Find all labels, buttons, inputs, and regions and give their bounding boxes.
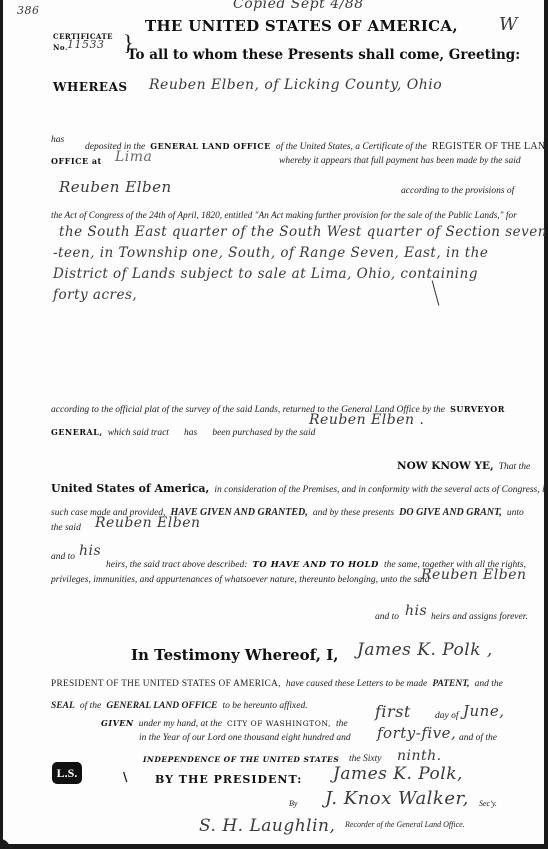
land-patent-document: 386 Copied Sept 4/88 W CERTIFICATE No. 1… [3, 0, 544, 844]
has-label: has [184, 428, 197, 438]
certificate-number: 11533 [67, 38, 105, 51]
under-hand-text: under my hand, at the [139, 719, 222, 729]
privileges-text: privileges, immunities, and appurtenance… [51, 575, 429, 585]
by-label: By [289, 799, 297, 808]
grantee-name-4: Reuben Elben [421, 567, 527, 583]
recorder-signature: S. H. Laughlin, [199, 816, 335, 836]
consideration-text: in consideration of the Premises, and in… [214, 485, 548, 495]
act-text: the Act of Congress of the 24th of April… [51, 211, 517, 221]
of-the-text: of the [80, 701, 101, 711]
office-at-label: OFFICE at [51, 156, 102, 166]
general-line: GENERAL, which said tract has been purch… [51, 420, 315, 439]
year-text: in the Year of our Lord one thousand eig… [139, 733, 351, 743]
president-line: PRESIDENT OF THE UNITED STATES OF AMERIC… [51, 671, 503, 690]
grantee-name-3: Reuben Elben [95, 515, 201, 531]
general-land-office-label: GENERAL LAND OFFICE [150, 141, 271, 151]
city-label: CITY OF WASHINGTON, [227, 719, 331, 728]
independence-label: INDEPENDENCE OF THE UNITED STATES [143, 755, 339, 764]
land-description-line-4: forty acres, [53, 287, 137, 303]
certificate-no-label: No. [53, 43, 68, 52]
unto-text: unto [507, 508, 524, 518]
page-number: 386 [17, 4, 40, 17]
grantee-name-1: Reuben Elben [59, 178, 172, 196]
his-text-1: his [79, 543, 101, 559]
grantee-name-2: Reuben Elben . [309, 412, 424, 428]
the-said-text: the said [51, 523, 81, 533]
these-presents-text: and by these presents [313, 508, 394, 518]
deposited-line: deposited in the GENERAL LAND OFFICE of … [85, 134, 548, 153]
month-value: June, [463, 702, 504, 720]
land-description-line-3: District of Lands subject to sale at Lim… [53, 266, 478, 282]
pen-mark-icon [432, 280, 440, 305]
given-line: GIVEN under my hand, at the CITY OF WASH… [101, 711, 348, 730]
backslash-mark: \ [123, 770, 127, 784]
given-label: GIVEN [101, 718, 134, 728]
whereby-text: whereby it appears that full payment has… [279, 156, 521, 166]
tract-text: which said tract [108, 428, 169, 438]
seal-line: SEAL of the GENERAL LAND OFFICE to be he… [51, 693, 308, 712]
president-name: James K. Polk , [357, 640, 493, 660]
land-description-line-1: the South East quarter of the South West… [59, 224, 548, 240]
register-text: REGISTER OF THE LAND [432, 141, 548, 152]
day-value: first [375, 702, 411, 721]
heirs-text: heirs, the said tract above described: [106, 560, 247, 570]
corner-annotation: W [499, 14, 518, 35]
recorder-label: Recorder of the General Land Office. [345, 820, 465, 829]
grantee-origin: Reuben Elben, of Licking County, Ohio [149, 77, 442, 93]
usa-label: United States of America, [51, 482, 209, 495]
whereas-label: WHEREAS [53, 80, 128, 94]
land-description-line-2: -teen, in Township one, South, of Range … [53, 245, 488, 261]
ls-seal-stamp: L.S. [52, 762, 82, 784]
assigns-text: heirs and assigns forever. [431, 612, 528, 622]
glo-italic-label: GENERAL LAND OFFICE [106, 701, 217, 711]
president-title: PRESIDENT OF THE UNITED STATES OF AMERIC… [51, 679, 281, 689]
to-have-label: TO HAVE AND TO HOLD [253, 560, 379, 570]
year-value: forty-five, [377, 724, 456, 742]
seal-label: SEAL [51, 701, 75, 711]
greeting: To all to whom these Presents shall come… [127, 47, 520, 63]
has-text: has [51, 135, 64, 145]
caused-text: have caused these Letters to be made [286, 679, 427, 689]
the-text: the [336, 719, 348, 729]
patent-label: PATENT, [432, 679, 469, 689]
consideration-line: United States of America, in considerati… [51, 477, 548, 496]
president-signature: James K. Polk, [333, 764, 463, 784]
and-to-text-2: and to [375, 612, 399, 622]
document-title: THE UNITED STATES OF AMERICA, [145, 17, 458, 35]
survey-line: according to the official plat of the su… [51, 397, 505, 416]
surveyor-label: SURVEYOR [450, 404, 505, 414]
general-label: GENERAL, [51, 427, 103, 437]
provisions-text: according to the provisions of [401, 186, 514, 196]
do-give-label: DO GIVE AND GRANT, [399, 507, 502, 518]
secretary-label: Sec'y. [479, 799, 497, 808]
his-text-2: his [405, 603, 427, 619]
that-the-text: That the [499, 462, 530, 472]
now-know-ye-line: NOW KNOW YE, That the [397, 454, 530, 473]
office-location: Lima [115, 149, 152, 165]
secretary-signature: J. Knox Walker, [325, 788, 469, 809]
now-know-ye-label: NOW KNOW YE, [397, 460, 494, 472]
copied-annotation: Copied Sept 4/88 [233, 0, 364, 12]
sixty-text: the Sixty [349, 754, 381, 764]
by-the-president-label: BY THE PRESIDENT: [155, 773, 302, 786]
certificate-of-text: of the United States, a Certificate of t… [276, 142, 427, 152]
and-of-the-text: and of the [459, 733, 497, 743]
affixed-text: to be hereunto affixed. [222, 701, 307, 711]
and-to-text: and to [51, 552, 75, 562]
testimony-heading: In Testimony Whereof, I, [131, 646, 338, 664]
day-of-text: day of [435, 711, 458, 721]
and-the-text: and the [475, 679, 503, 689]
purchased-text: been purchased by the said [212, 428, 315, 438]
independence-year: ninth. [397, 748, 442, 764]
